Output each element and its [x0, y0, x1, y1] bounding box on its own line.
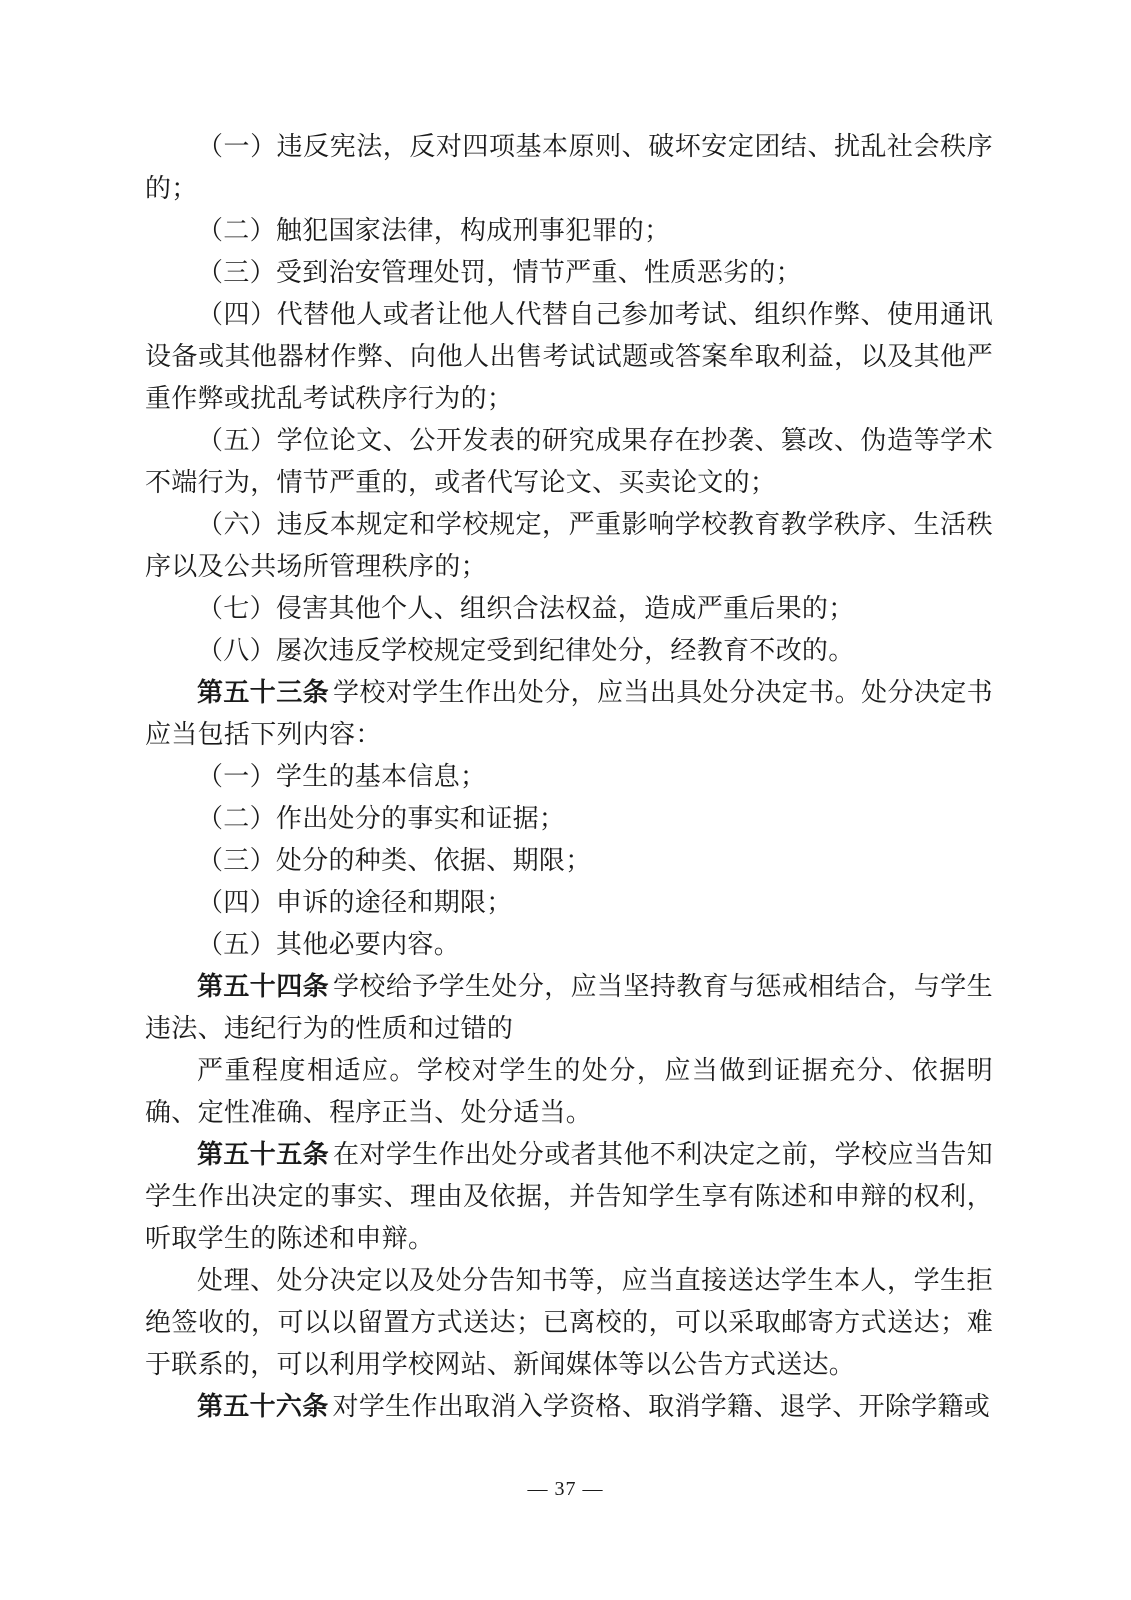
paragraph-text: （五）学位论文、公开发表的研究成果存在抄袭、篡改、伪造等学术不端行为，情节严重的… [145, 426, 993, 497]
paragraph-text: （五）其他必要内容。 [197, 930, 460, 959]
paragraph-text: 对学生作出取消入学资格、取消学籍、退学、开除学籍或 [333, 1392, 991, 1421]
body-paragraph: （三）受到治安管理处罚，情节严重、性质恶劣的； [145, 252, 993, 294]
body-paragraph: （一）学生的基本信息； [145, 756, 993, 798]
article-paragraph: 第五十三条学校对学生作出处分，应当出具处分决定书。处分决定书应当包括下列内容： [145, 672, 993, 756]
body-paragraph: （一）违反宪法，反对四项基本原则、破坏安定团结、扰乱社会秩序的； [145, 126, 993, 210]
paragraph-text: （二）作出处分的事实和证据； [197, 804, 565, 833]
body-paragraph: （六）违反本规定和学校规定，严重影响学校教育教学秩序、生活秩序以及公共场所管理秩… [145, 504, 993, 588]
article-number: 第五十三条 [197, 678, 329, 707]
paragraph-text: 处理、处分决定以及处分告知书等，应当直接送达学生本人，学生拒绝签收的，可以以留置… [145, 1266, 993, 1379]
paragraph-text: （一）学生的基本信息； [197, 762, 486, 791]
article-paragraph: 第五十四条学校给予学生处分，应当坚持教育与惩戒相结合，与学生违法、违纪行为的性质… [145, 966, 993, 1050]
body-paragraph: （三）处分的种类、依据、期限； [145, 840, 993, 882]
body-paragraph: （二）触犯国家法律，构成刑事犯罪的； [145, 210, 993, 252]
paragraph-text: （六）违反本规定和学校规定，严重影响学校教育教学秩序、生活秩序以及公共场所管理秩… [145, 510, 993, 581]
page-number: — 37 — [528, 1478, 604, 1500]
paragraph-text: （一）违反宪法，反对四项基本原则、破坏安定团结、扰乱社会秩序的； [145, 132, 993, 203]
article-number: 第五十四条 [197, 972, 329, 1001]
body-paragraph: 处理、处分决定以及处分告知书等，应当直接送达学生本人，学生拒绝签收的，可以以留置… [145, 1260, 993, 1386]
body-paragraph: （八）屡次违反学校规定受到纪律处分，经教育不改的。 [145, 630, 993, 672]
document-content: （一）违反宪法，反对四项基本原则、破坏安定团结、扰乱社会秩序的；（二）触犯国家法… [145, 126, 993, 1428]
paragraph-text: （三）处分的种类、依据、期限； [197, 846, 592, 875]
page-footer: — 37 — [0, 1478, 1131, 1501]
body-paragraph: （四）申诉的途径和期限； [145, 882, 993, 924]
article-paragraph: 第五十六条对学生作出取消入学资格、取消学籍、退学、开除学籍或 [145, 1386, 993, 1428]
paragraph-text: （三）受到治安管理处罚，情节严重、性质恶劣的； [197, 258, 802, 287]
body-paragraph: （二）作出处分的事实和证据； [145, 798, 993, 840]
document-page: （一）违反宪法，反对四项基本原则、破坏安定团结、扰乱社会秩序的；（二）触犯国家法… [0, 0, 1131, 1600]
body-paragraph: （五）其他必要内容。 [145, 924, 993, 966]
paragraph-text: （七）侵害其他个人、组织合法权益，造成严重后果的； [197, 594, 855, 623]
paragraph-text: （八）屡次违反学校规定受到纪律处分，经教育不改的。 [197, 636, 855, 665]
article-number: 第五十六条 [197, 1392, 329, 1421]
body-paragraph: （四）代替他人或者让他人代替自己参加考试、组织作弊、使用通讯设备或其他器材作弊、… [145, 294, 993, 420]
paragraph-text: （四）代替他人或者让他人代替自己参加考试、组织作弊、使用通讯设备或其他器材作弊、… [145, 300, 993, 413]
paragraph-text: 严重程度相适应。学校对学生的处分，应当做到证据充分、依据明确、定性准确、程序正当… [145, 1056, 993, 1127]
article-paragraph: 第五十五条在对学生作出处分或者其他不利决定之前，学校应当告知学生作出决定的事实、… [145, 1134, 993, 1260]
article-number: 第五十五条 [197, 1140, 329, 1169]
paragraph-text: （二）触犯国家法律，构成刑事犯罪的； [197, 216, 670, 245]
body-paragraph: （五）学位论文、公开发表的研究成果存在抄袭、篡改、伪造等学术不端行为，情节严重的… [145, 420, 993, 504]
paragraph-text: （四）申诉的途径和期限； [197, 888, 513, 917]
body-paragraph: 严重程度相适应。学校对学生的处分，应当做到证据充分、依据明确、定性准确、程序正当… [145, 1050, 993, 1134]
body-paragraph: （七）侵害其他个人、组织合法权益，造成严重后果的； [145, 588, 993, 630]
